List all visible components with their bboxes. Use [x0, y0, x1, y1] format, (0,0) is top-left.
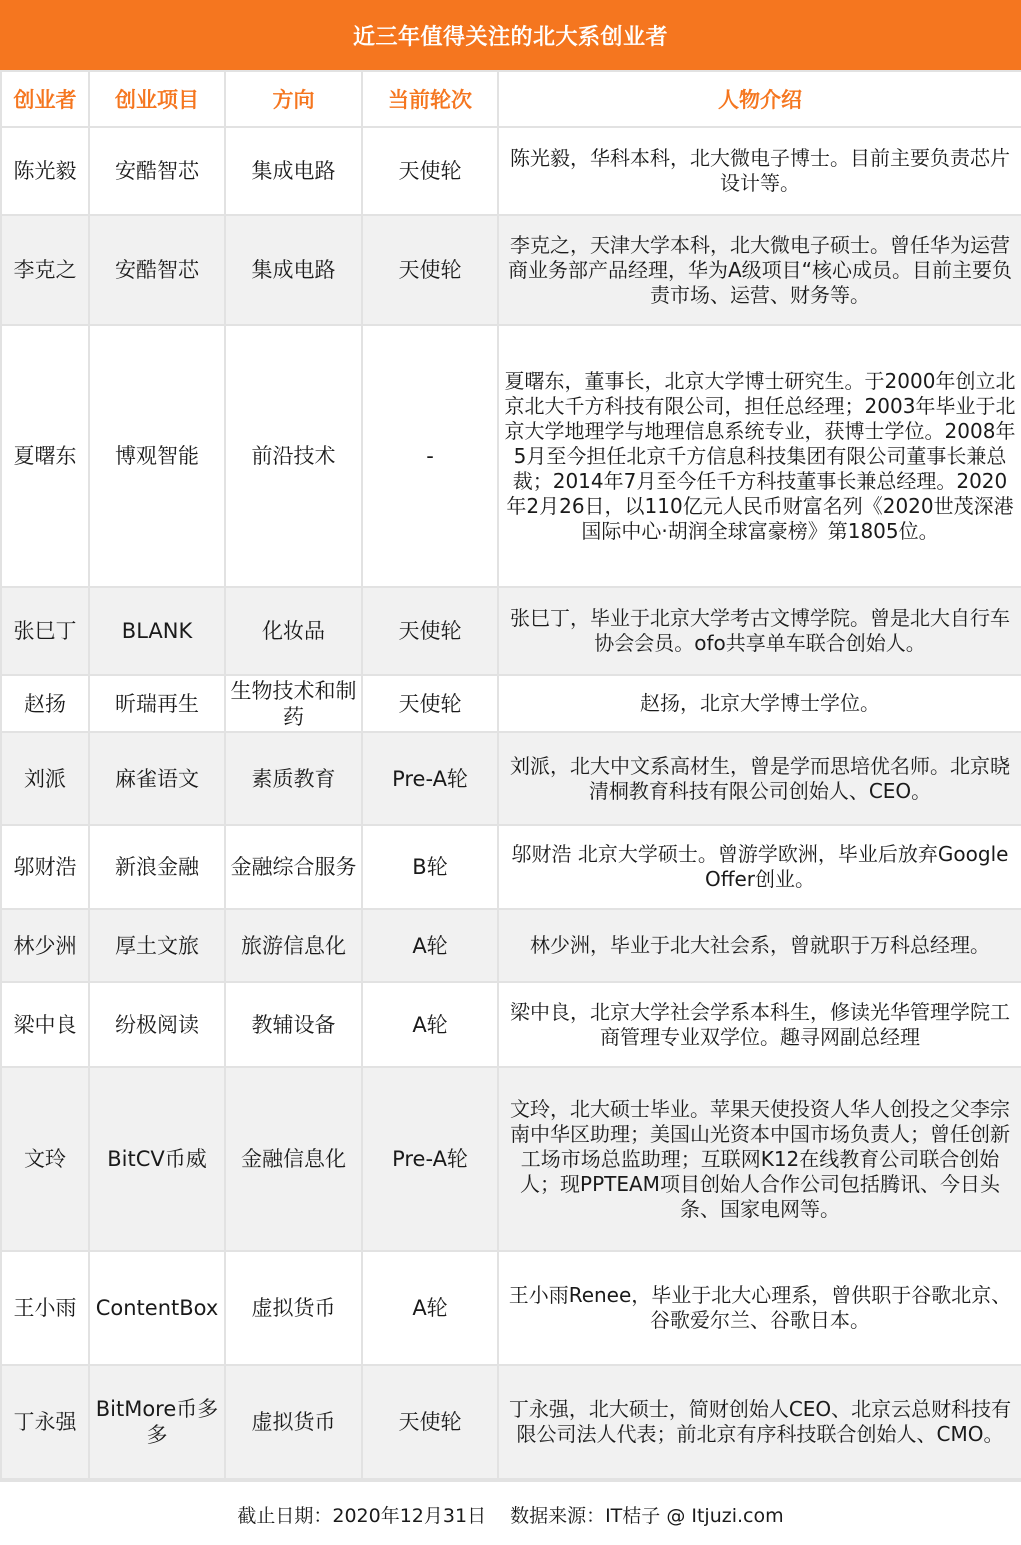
- table-row: 张巳丁BLANK化妆品天使轮张巳丁，毕业于北京大学考古文博学院。曾是北大自行车协…: [1, 587, 1021, 675]
- round-cell: Pre-A轮: [362, 1067, 498, 1251]
- intro-cell: 邬财浩 北京大学硕士。曾游学欧洲，毕业后放弃Google Offer创业。: [498, 825, 1021, 909]
- table-row: 梁中良纷极阅读教辅设备A轮梁中良，北京大学社会学系本科生，修读光华管理学院工商管…: [1, 982, 1021, 1067]
- intro-cell: 文玲，北大硕士毕业。苹果天使投资人华人创投之父李宗南中华区助理；美国山光资本中国…: [498, 1067, 1021, 1251]
- footer: 截止日期：2020年12月31日 数据来源：IT桔子 @ Itjuzi.com: [0, 1480, 1021, 1545]
- round-cell: A轮: [362, 1251, 498, 1365]
- founder-cell: 梁中良: [1, 982, 89, 1067]
- direction-cell: 集成电路: [225, 215, 362, 325]
- round-cell: -: [362, 325, 498, 587]
- round-cell: B轮: [362, 825, 498, 909]
- cutoff-date: 截止日期：2020年12月31日: [237, 1501, 486, 1528]
- table-row: 文玲BitCV币威金融信息化Pre-A轮文玲，北大硕士毕业。苹果天使投资人华人创…: [1, 1067, 1021, 1251]
- direction-cell: 教辅设备: [225, 982, 362, 1067]
- round-cell: A轮: [362, 982, 498, 1067]
- round-cell: 天使轮: [362, 587, 498, 675]
- table-title: 近三年值得关注的北大系创业者: [0, 0, 1021, 70]
- direction-cell: 虚拟货币: [225, 1365, 362, 1479]
- founder-cell: 夏曙东: [1, 325, 89, 587]
- intro-cell: 李克之，天津大学本科，北大微电子硕士。曾任华为运营商业务部产品经理，华为A级项目…: [498, 215, 1021, 325]
- intro-cell: 王小雨Renee，毕业于北大心理系，曾供职于谷歌北京、谷歌爱尔兰、谷歌日本。: [498, 1251, 1021, 1365]
- founder-cell: 张巳丁: [1, 587, 89, 675]
- intro-cell: 梁中良，北京大学社会学系本科生，修读光华管理学院工商管理专业双学位。趣寻网副总经…: [498, 982, 1021, 1067]
- direction-cell: 集成电路: [225, 127, 362, 215]
- founder-cell: 邬财浩: [1, 825, 89, 909]
- round-cell: A轮: [362, 909, 498, 982]
- header-direction: 方向: [225, 71, 362, 127]
- founder-cell: 文玲: [1, 1067, 89, 1251]
- direction-cell: 金融信息化: [225, 1067, 362, 1251]
- founder-cell: 丁永强: [1, 1365, 89, 1479]
- direction-cell: 化妆品: [225, 587, 362, 675]
- project-cell: 新浪金融: [89, 825, 225, 909]
- table-row: 林少洲厚土文旅旅游信息化A轮林少洲，毕业于北大社会系，曾就职于万科总经理。: [1, 909, 1021, 982]
- project-cell: 厚土文旅: [89, 909, 225, 982]
- intro-cell: 刘派，北大中文系高材生，曾是学而思培优名师。北京晓清桐教育科技有限公司创始人、C…: [498, 732, 1021, 825]
- direction-cell: 素质教育: [225, 732, 362, 825]
- project-cell: 安酷智芯: [89, 127, 225, 215]
- founders-table: 创业者 创业项目 方向 当前轮次 人物介绍 陈光毅安酷智芯集成电路天使轮陈光毅，…: [0, 70, 1021, 1480]
- table-row: 刘派麻雀语文素质教育Pre-A轮刘派，北大中文系高材生，曾是学而思培优名师。北京…: [1, 732, 1021, 825]
- intro-cell: 夏曙东，董事长，北京大学博士研究生。于2000年创立北京北大千方科技有限公司，担…: [498, 325, 1021, 587]
- founders-table-document: 近三年值得关注的北大系创业者 创业者 创业项目 方向 当前轮次 人物介绍 陈光毅…: [0, 0, 1021, 1545]
- project-cell: 安酷智芯: [89, 215, 225, 325]
- table-row: 李克之安酷智芯集成电路天使轮李克之，天津大学本科，北大微电子硕士。曾任华为运营商…: [1, 215, 1021, 325]
- round-cell: 天使轮: [362, 1365, 498, 1479]
- founder-cell: 李克之: [1, 215, 89, 325]
- header-row: 创业者 创业项目 方向 当前轮次 人物介绍: [1, 71, 1021, 127]
- project-cell: BLANK: [89, 587, 225, 675]
- project-cell: BitMore币多多: [89, 1365, 225, 1479]
- founder-cell: 刘派: [1, 732, 89, 825]
- table-row: 赵扬昕瑞再生生物技术和制药天使轮赵扬，北京大学博士学位。: [1, 675, 1021, 732]
- intro-cell: 张巳丁，毕业于北京大学考古文博学院。曾是北大自行车协会会员。ofo共享单车联合创…: [498, 587, 1021, 675]
- founder-cell: 陈光毅: [1, 127, 89, 215]
- project-cell: 纷极阅读: [89, 982, 225, 1067]
- intro-cell: 林少洲，毕业于北大社会系，曾就职于万科总经理。: [498, 909, 1021, 982]
- project-cell: ContentBox: [89, 1251, 225, 1365]
- header-round: 当前轮次: [362, 71, 498, 127]
- founder-cell: 林少洲: [1, 909, 89, 982]
- round-cell: 天使轮: [362, 675, 498, 732]
- table-row: 丁永强BitMore币多多虚拟货币天使轮丁永强，北大硕士，简财创始人CEO、北京…: [1, 1365, 1021, 1479]
- table-row: 陈光毅安酷智芯集成电路天使轮陈光毅，华科本科，北大微电子博士。目前主要负责芯片设…: [1, 127, 1021, 215]
- project-cell: 昕瑞再生: [89, 675, 225, 732]
- direction-cell: 前沿技术: [225, 325, 362, 587]
- intro-cell: 陈光毅，华科本科，北大微电子博士。目前主要负责芯片设计等。: [498, 127, 1021, 215]
- project-cell: 麻雀语文: [89, 732, 225, 825]
- project-cell: BitCV币威: [89, 1067, 225, 1251]
- founder-cell: 王小雨: [1, 1251, 89, 1365]
- intro-cell: 赵扬，北京大学博士学位。: [498, 675, 1021, 732]
- header-project: 创业项目: [89, 71, 225, 127]
- header-intro: 人物介绍: [498, 71, 1021, 127]
- round-cell: 天使轮: [362, 127, 498, 215]
- round-cell: 天使轮: [362, 215, 498, 325]
- round-cell: Pre-A轮: [362, 732, 498, 825]
- direction-cell: 金融综合服务: [225, 825, 362, 909]
- direction-cell: 旅游信息化: [225, 909, 362, 982]
- header-founder: 创业者: [1, 71, 89, 127]
- project-cell: 博观智能: [89, 325, 225, 587]
- founder-cell: 赵扬: [1, 675, 89, 732]
- table-row: 王小雨ContentBox虚拟货币A轮王小雨Renee，毕业于北大心理系，曾供职…: [1, 1251, 1021, 1365]
- table-row: 夏曙东博观智能前沿技术-夏曙东，董事长，北京大学博士研究生。于2000年创立北京…: [1, 325, 1021, 587]
- table-row: 邬财浩新浪金融金融综合服务B轮邬财浩 北京大学硕士。曾游学欧洲，毕业后放弃Goo…: [1, 825, 1021, 909]
- direction-cell: 生物技术和制药: [225, 675, 362, 732]
- intro-cell: 丁永强，北大硕士，简财创始人CEO、北京云总财科技有限公司法人代表；前北京有序科…: [498, 1365, 1021, 1479]
- direction-cell: 虚拟货币: [225, 1251, 362, 1365]
- data-source: 数据来源：IT桔子 @ Itjuzi.com: [510, 1501, 784, 1528]
